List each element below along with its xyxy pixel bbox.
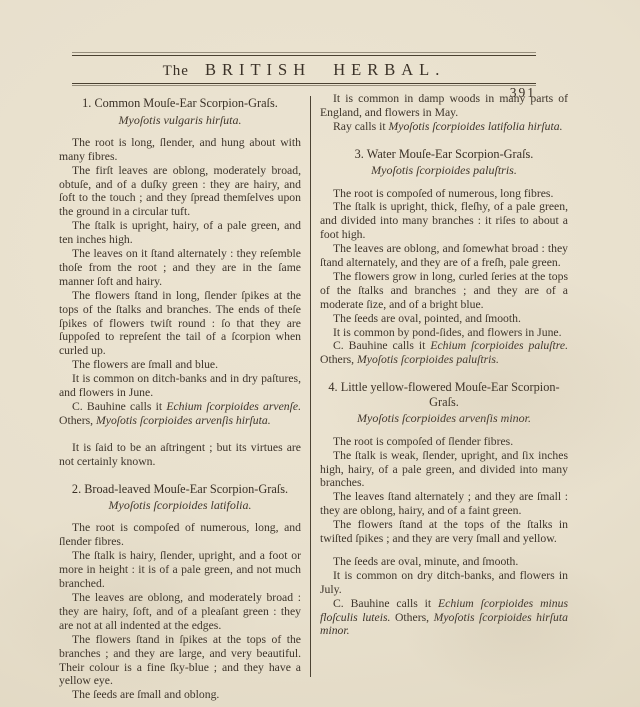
paragraph: The ſtalk is upright, thick, fleſhy, of …	[320, 200, 568, 242]
page-title-main: BRITISH HERBAL.	[205, 60, 445, 79]
text-run: The flowers are ſmall and blue.	[72, 358, 218, 371]
latin-phrase: Echium ſcorpioides paluſtre.	[430, 339, 568, 352]
latin-phrase: Echium ſcorpioides arvenſe.	[166, 400, 301, 413]
text-columns: 1. Common Mouſe-Ear Scorpion-Graſs.Myoſo…	[59, 92, 568, 703]
paragraph: The leaves are oblong, and moderately br…	[59, 591, 301, 633]
text-run: Myoſotis vulgaris hirſuta.	[119, 113, 242, 127]
text-run: The root is compoſed of numerous, long f…	[333, 187, 553, 200]
paragraph: The leaves on it ſtand alternately : the…	[59, 247, 301, 289]
text-run: The ſtalk is hairy, ſlender, upright, an…	[59, 549, 301, 590]
text-run: Myoſotis ſcorpioides paluſtris.	[371, 163, 517, 177]
paragraph: The leaves ſtand alternately ; and they …	[320, 490, 568, 518]
latin-phrase: Myoſotis ſcorpioides arvenſis hirſuta.	[96, 414, 271, 427]
species-heading: 1. Common Mouſe-Ear Scorpion-Graſs.	[67, 96, 293, 111]
text-run: C. Bauhine calls it	[72, 400, 166, 413]
paragraph: It is common on dry ditch-banks, and flo…	[320, 569, 568, 597]
text-run: The flowers ſtand in ſpikes at the tops …	[59, 633, 301, 688]
left-column: 1. Common Mouſe-Ear Scorpion-Graſs.Myoſo…	[59, 92, 301, 703]
species-heading: 2. Broad-leaved Mouſe-Ear Scorpion-Graſs…	[67, 482, 293, 497]
paragraph: The ſeeds are oval, minute, and ſmooth.	[320, 555, 568, 569]
paragraph: C. Bauhine calls it Echium ſcorpioides p…	[320, 339, 568, 367]
text-run: The flowers ſtand in long, ſlender ſpike…	[59, 289, 301, 358]
text-run: It is common on dry ditch-banks, and flo…	[320, 569, 568, 596]
text-run: The root is compoſed of ſlender fibres.	[333, 435, 513, 448]
text-run: The ſtalk is weak, ſlender, upright, and…	[320, 449, 568, 490]
paragraph: The ſeeds are oval, pointed, and ſmooth.	[320, 312, 568, 326]
text-run: 3. Water Mouſe-Ear Scorpion-Graſs.	[355, 147, 534, 161]
paragraph: The flowers are ſmall and blue.	[59, 358, 301, 372]
latin-phrase: Myoſotis ſcorpioides latifolia hirſuta.	[389, 120, 563, 133]
species-latin-name: Myoſotis ſcorpioides latifolia.	[59, 498, 301, 512]
text-run: The firſt leaves are oblong, moderately …	[59, 164, 301, 219]
paragraph: The firſt leaves are oblong, moderately …	[59, 164, 301, 220]
paragraph: The root is compoſed of ſlender fibres.	[320, 435, 568, 449]
paragraph: Ray calls it Myoſotis ſcorpioides latifo…	[320, 120, 568, 134]
running-head: The BRITISH HERBAL. 391	[72, 52, 536, 86]
paragraph: It is ſaid to be an aſtringent ; but its…	[59, 441, 301, 469]
header-rule-bottom-inner	[72, 83, 536, 84]
text-run: The flowers ſtand at the tops of the ſta…	[320, 518, 568, 545]
right-column: It is common in damp woods in many parts…	[320, 92, 568, 703]
paragraph: The root is compoſed of numerous, long f…	[320, 187, 568, 201]
page-title: The BRITISH HERBAL.	[72, 56, 536, 83]
text-run: The ſeeds are oval, pointed, and ſmooth.	[333, 312, 521, 325]
text-run: 1. Common Mouſe-Ear Scorpion-Graſs.	[82, 96, 278, 110]
text-run: The root is long, ſlender, and hung abou…	[59, 136, 301, 163]
paragraph: C. Bauhine calls it Echium ſcorpioides m…	[320, 597, 568, 639]
book-page-scan: The BRITISH HERBAL. 391 1. Common Mouſe-…	[0, 0, 640, 707]
text-run: The leaves are oblong, and ſomewhat broa…	[320, 242, 568, 269]
paragraph: The ſtalk is weak, ſlender, upright, and…	[320, 449, 568, 491]
text-run: Myoſotis ſcorpioides latifolia.	[109, 498, 252, 512]
paragraph: It is common on ditch-banks and in dry p…	[59, 372, 301, 400]
text-run: Others,	[59, 414, 96, 427]
text-run: Ray calls it	[333, 120, 389, 133]
text-run: Others,	[320, 353, 357, 366]
text-run: The leaves are oblong, and moderately br…	[59, 591, 301, 632]
text-run: 4. Little yellow-flowered Mouſe-Ear Scor…	[328, 380, 559, 409]
text-run: Myoſotis ſcorpioides arvenſis minor.	[357, 411, 531, 425]
paragraph: The flowers ſtand at the tops of the ſta…	[320, 518, 568, 546]
paragraph: The leaves are oblong, and ſomewhat broa…	[320, 242, 568, 270]
text-run: The leaves ſtand alternately ; and they …	[320, 490, 568, 517]
paragraph: It is common in damp woods in many parts…	[320, 92, 568, 120]
page-title-prefix: The	[163, 63, 189, 79]
paragraph: The flowers ſtand in ſpikes at the tops …	[59, 633, 301, 689]
paragraph: The ſeeds are ſmall and oblong.	[59, 688, 301, 702]
species-heading: 4. Little yellow-flowered Mouſe-Ear Scor…	[328, 380, 560, 409]
header-rule-top-outer	[72, 52, 536, 53]
text-run: The flowers grow in long, curled ſeries …	[320, 270, 568, 311]
column-divider-rule	[310, 96, 311, 677]
species-heading: 3. Water Mouſe-Ear Scorpion-Graſs.	[328, 147, 560, 162]
paragraph: The ſtalk is upright, hairy, of a pale g…	[59, 219, 301, 247]
header-rule-bottom-outer	[72, 85, 536, 86]
species-latin-name: Myoſotis ſcorpioides arvenſis minor.	[320, 411, 568, 425]
text-run: It is common by pond-ſides, and flowers …	[333, 326, 562, 339]
paragraph: The root is compoſed of numerous, long, …	[59, 521, 301, 549]
latin-phrase: Myoſotis ſcorpioides paluſtris.	[357, 353, 499, 366]
text-run: The ſeeds are ſmall and oblong.	[72, 688, 219, 701]
paragraph: The flowers grow in long, curled ſeries …	[320, 270, 568, 312]
text-run: C. Bauhine calls it	[333, 597, 438, 610]
paragraph: The flowers ſtand in long, ſlender ſpike…	[59, 289, 301, 359]
text-run: The root is compoſed of numerous, long, …	[59, 521, 301, 548]
text-run: The ſtalk is upright, thick, fleſhy, of …	[320, 200, 568, 241]
text-run: The leaves on it ſtand alternately : the…	[59, 247, 301, 288]
paragraph: The ſtalk is hairy, ſlender, upright, an…	[59, 549, 301, 591]
text-run: The ſeeds are oval, minute, and ſmooth.	[333, 555, 518, 568]
text-run: The ſtalk is upright, hairy, of a pale g…	[59, 219, 301, 246]
text-run: It is common on ditch-banks and in dry p…	[59, 372, 301, 399]
paragraph: The root is long, ſlender, and hung abou…	[59, 136, 301, 164]
text-run: It is ſaid to be an aſtringent ; but its…	[59, 441, 301, 468]
paragraph: C. Bauhine calls it Echium ſcorpioides a…	[59, 400, 301, 428]
text-run: Others,	[390, 611, 433, 624]
species-latin-name: Myoſotis ſcorpioides paluſtris.	[320, 163, 568, 177]
species-latin-name: Myoſotis vulgaris hirſuta.	[59, 113, 301, 127]
text-run: 2. Broad-leaved Mouſe-Ear Scorpion-Graſs…	[72, 482, 288, 496]
text-run: C. Bauhine calls it	[333, 339, 430, 352]
text-run: It is common in damp woods in many parts…	[320, 92, 568, 119]
paragraph: It is common by pond-ſides, and flowers …	[320, 326, 568, 340]
